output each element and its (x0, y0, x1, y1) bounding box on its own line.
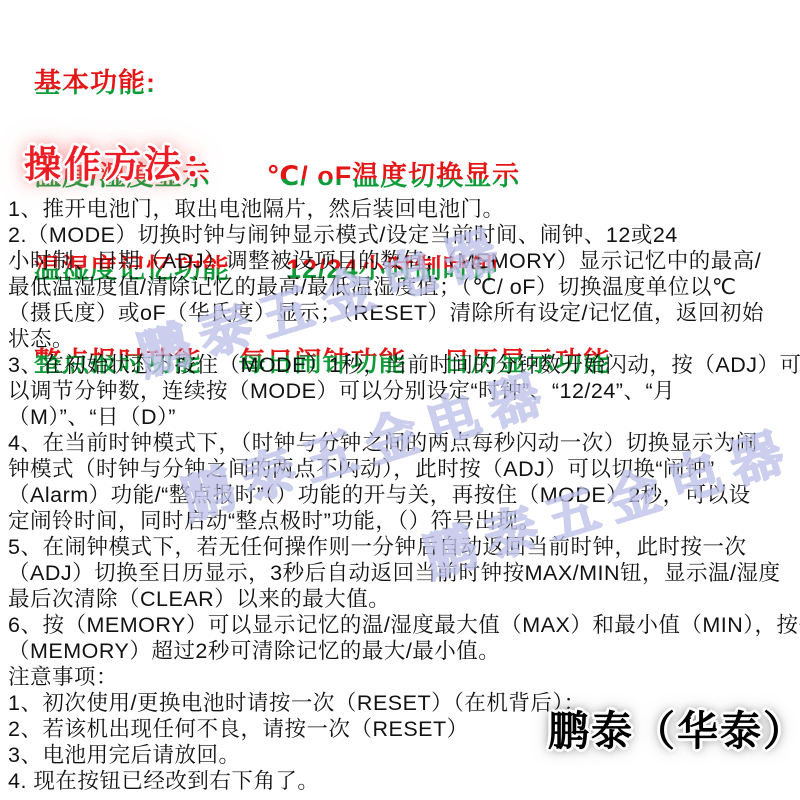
instruction-line: 5、在闹钟模式下，若无任何操作则一分钟后自动返回当前时钟，此时按一次 (8, 534, 800, 560)
instruction-line: 定闹铃时间，同时启动“整点极时”功能，（）符号出现。 (8, 508, 800, 534)
instruction-line: 6、按（MEMORY）可以显示记忆的温/湿度最大值（MAX）和最小值（MIN），… (8, 612, 800, 638)
instruction-line: 注意事项： (8, 664, 800, 690)
instruction-line: 3、在初始状态下按住（MODE）1秒，当前时间的分钟数开始闪动，按（ADJ）可 (8, 352, 800, 378)
instruction-sheet: 基本功能: 温度/湿度显示 ℃/ oF温度切换显示 温湿度记忆功能 12/24小… (0, 0, 800, 800)
instruction-line: 4、在当前时钟模式下，（时钟与分钟之间的两点每秒闪动一次）切换显示为闹 (8, 430, 800, 456)
instruction-line: 以调节分钟数，连续按（MODE）可以分别设定“时钟”、“12/24”、“月 (8, 378, 800, 404)
brand-name: 鹏泰（华泰） (548, 698, 800, 757)
instruction-line: 状态。 (8, 326, 800, 352)
feature-heading: 基本功能: (34, 68, 611, 99)
instruction-line: （MEMORY）超过2秒可清除记忆的最大/最小值。 (8, 638, 800, 664)
instruction-line: 最后次清除（CLEAR）以来的最大值。 (8, 586, 800, 612)
instruction-line: 最低温湿度值/清除记忆的最高/最低温湿度值；（℃/ oF）切换温度单位以℃ (8, 274, 800, 300)
instruction-line: 1、推开电池门，取出电池隔片，然后装回电池门。 (8, 196, 800, 222)
instruction-line: （M）”、“日（D）” (8, 404, 800, 430)
instruction-line: 4. 现在按钮已经改到右下角了。 (8, 768, 800, 794)
section-title-operation: 操作方法： (24, 134, 224, 188)
instruction-line: （Alarm）功能/“整点报时”（）功能的开与关，再按住（MODE）2秒，可以设 (8, 482, 800, 508)
instruction-line: 小时制、日期（ADJ）调整被设项目的数值；（MEMORY）显示记忆中的最高/ (8, 248, 800, 274)
instruction-line: 钟模式（时钟与分钟之间的两点不闪动），此时按（ADJ）可以切换“闹钟” (8, 456, 800, 482)
instruction-line: 2.（MODE）切换时钟与闹钟显示模式/设定当前时间、闹钟、12或24 (8, 222, 800, 248)
instruction-line: （摄氏度）或oF（华氏度）显示；（RESET）清除所有设定/记忆值，返回初始 (8, 300, 800, 326)
instruction-line: （ADJ）切换至日历显示，3秒后自动返回当前时钟按MAX/MIN钮，显示温/湿度 (8, 560, 800, 586)
